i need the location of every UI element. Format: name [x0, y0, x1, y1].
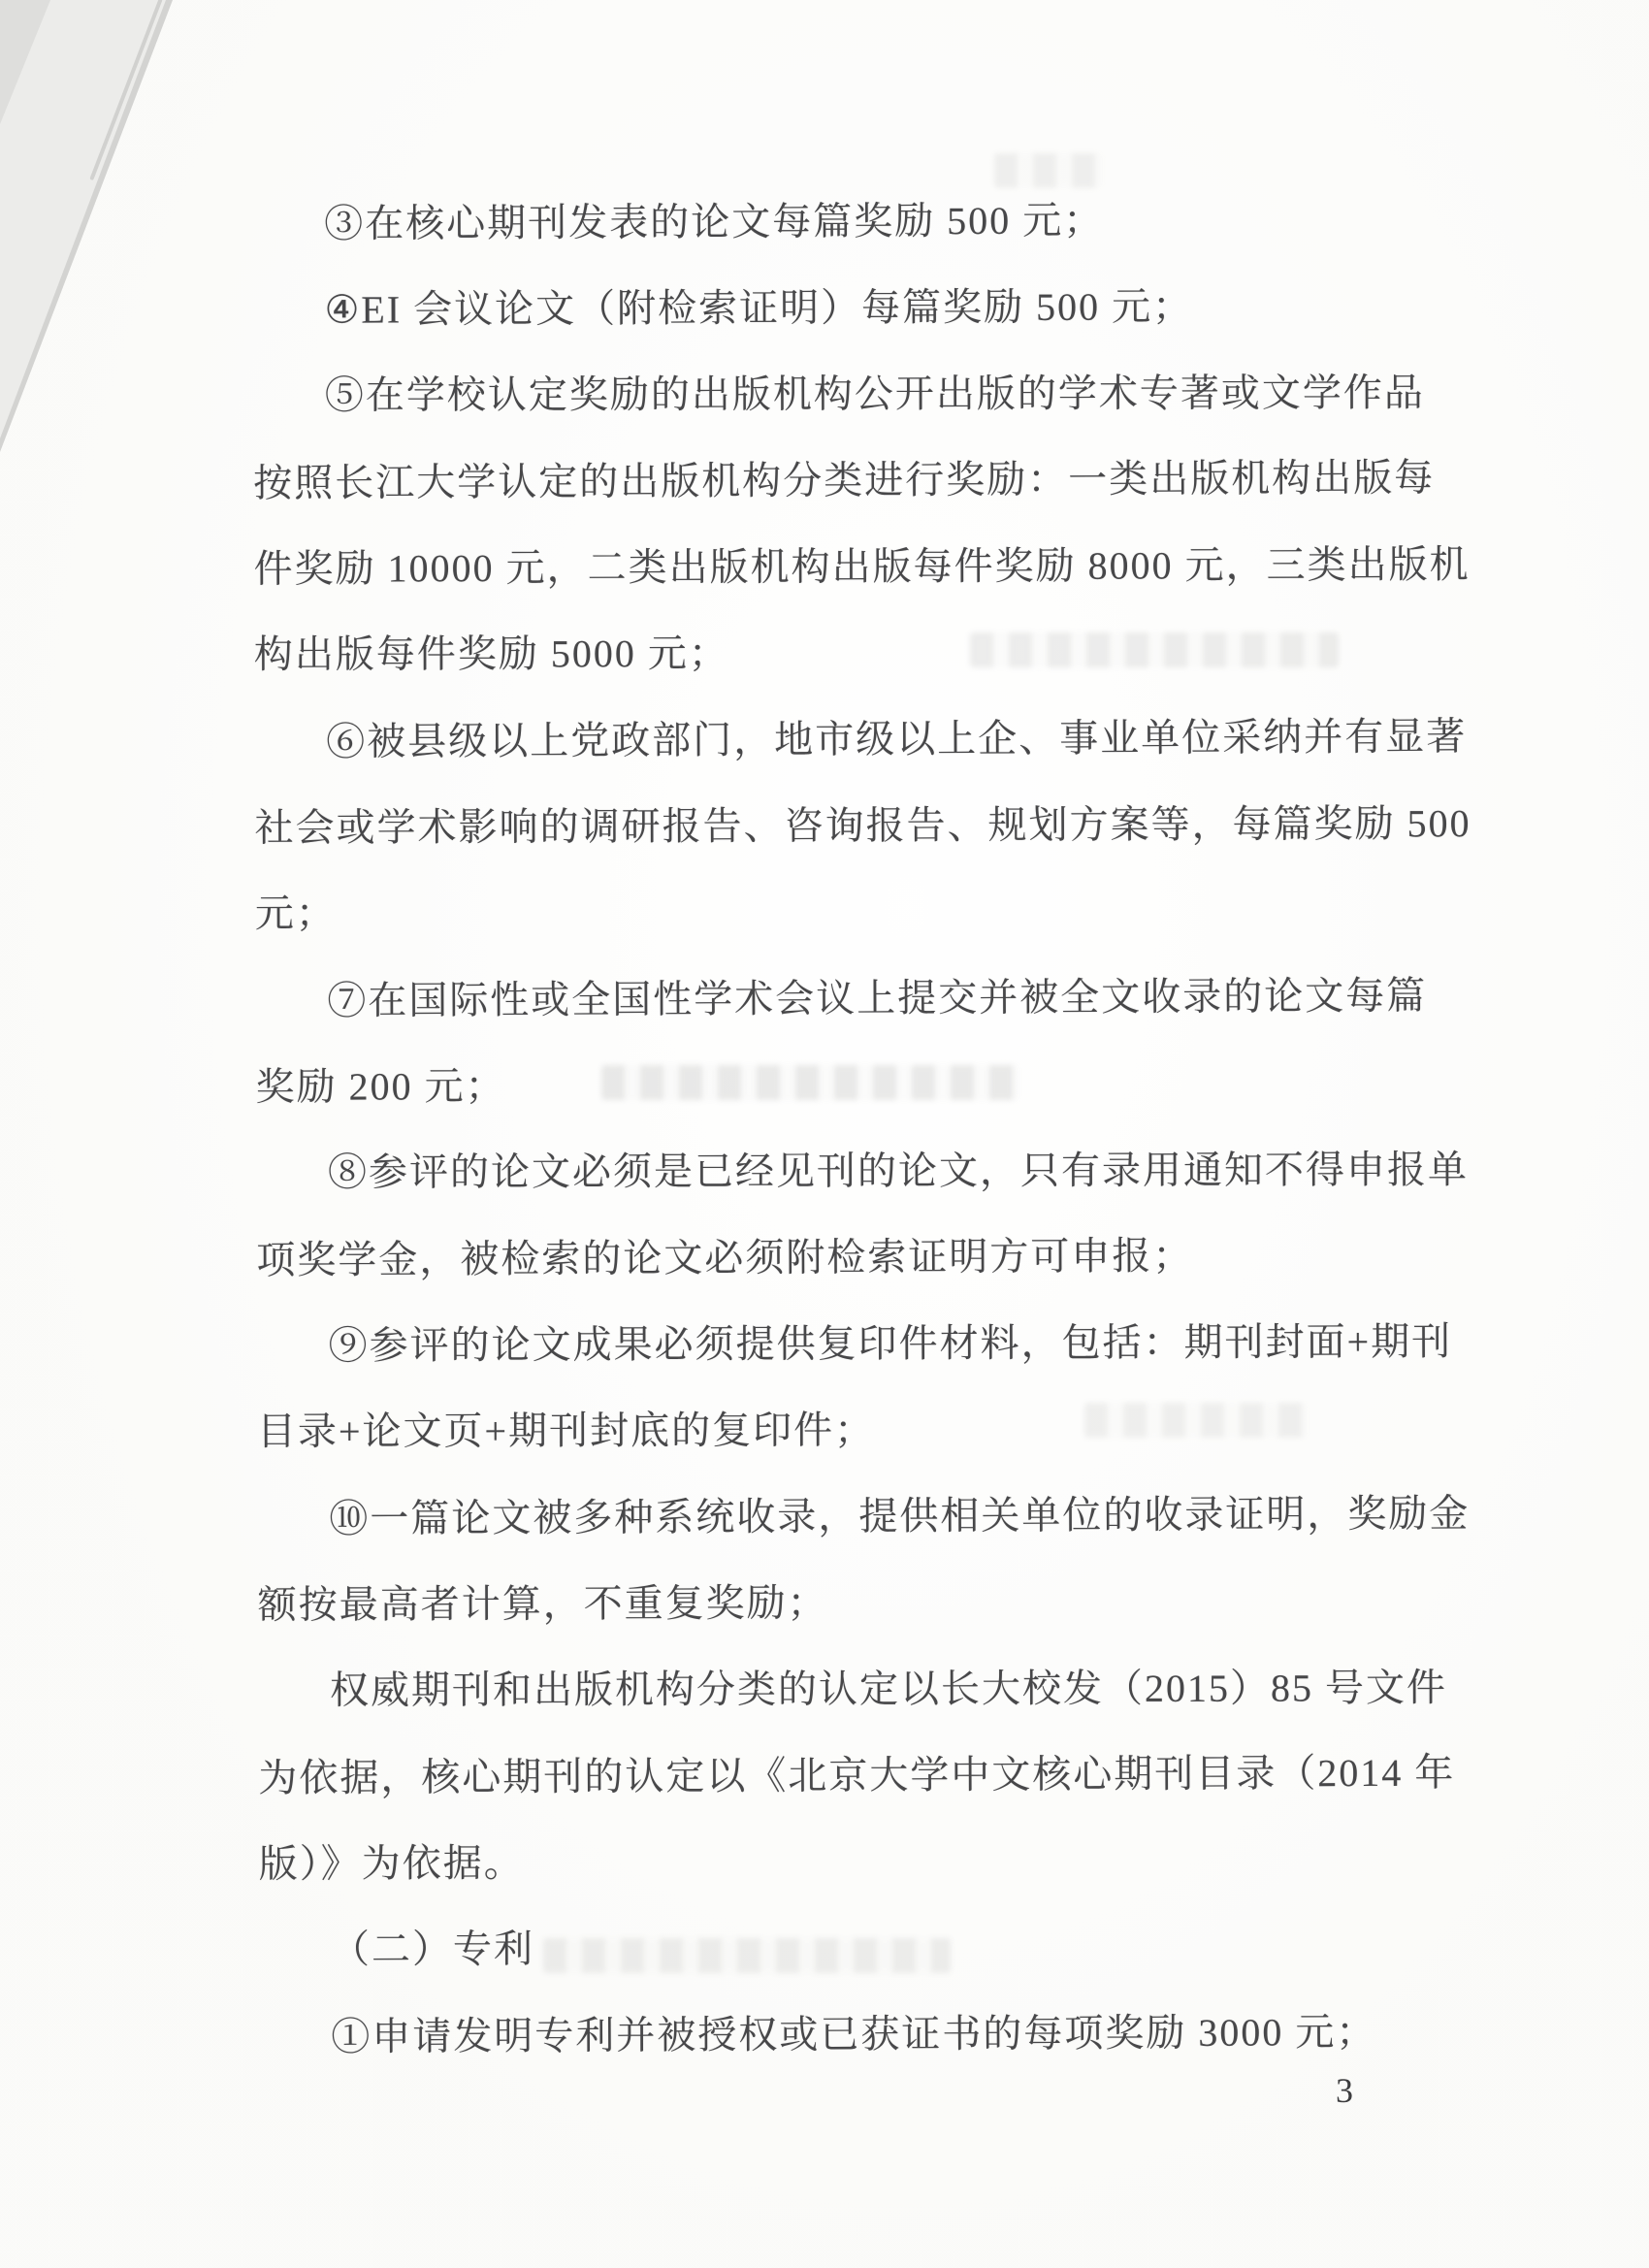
text-line: 元；	[255, 867, 1409, 956]
text-line: ⑥被县级以上党政部门，地市级以上企、事业单位采纳并有显著	[254, 694, 1408, 786]
page-number: 3	[1321, 2062, 1368, 2119]
document-body: ③在核心期刊发表的论文每篇奖励 500 元；④EI 会议论文（附检索证明）每篇奖…	[252, 176, 1414, 2080]
text-line: 权威期刊和出版机构分类的认定以长大校发（2015）85 号文件	[258, 1644, 1412, 1733]
text-line: ⑩一篇论文被多种系统收录，提供相关单位的收录证明，奖励金	[257, 1471, 1411, 1563]
text-line: 奖励 200 元；	[255, 1039, 1409, 1130]
text-line: 版）》为依据。	[258, 1816, 1412, 1907]
text-line: ⑧参评的论文必须是已经见刊的论文，只有录用通知不得申报单	[256, 1126, 1410, 1215]
text-line: ①申请发明专利并被授权或已获证书的每项奖励 3000 元；	[259, 1989, 1413, 2081]
document-page: ③在核心期刊发表的论文每篇奖励 500 元；④EI 会议论文（附检索证明）每篇奖…	[0, 0, 1649, 2268]
text-line: 按照长江大学认定的出版机构分类进行奖励：一类出版机构出版每	[253, 435, 1407, 527]
text-line: 额按最高者计算，不重复奖励；	[257, 1557, 1411, 1648]
text-line: 件奖励 10000 元，二类出版机构出版每件奖励 8000 元，三类出版机	[253, 521, 1407, 612]
text-line: ⑦在国际性或全国性学术会议上提交并被全文收录的论文每篇	[255, 953, 1409, 1045]
text-line: 为依据，核心期刊的认定以《北京大学中文核心期刊目录（2014 年	[258, 1730, 1412, 1822]
text-line: 目录+论文页+期刊封底的复印件；	[257, 1385, 1411, 1474]
text-line: 构出版每件奖励 5000 元；	[254, 608, 1408, 697]
text-line: 项奖学金，被检索的论文必须附检索证明方可申报；	[256, 1212, 1410, 1304]
text-line: ④EI 会议论文（附检索证明）每篇奖励 500 元；	[252, 262, 1406, 353]
text-line: （二）专利	[259, 1903, 1413, 1993]
text-line: ③在核心期刊发表的论文每篇奖励 500 元；	[252, 176, 1406, 268]
text-line: ⑤在学校认定奖励的出版机构公开出版的学术专著或文学作品	[253, 349, 1407, 438]
text-line: 社会或学术影响的调研报告、咨询报告、规划方案等，每篇奖励 500	[254, 780, 1408, 871]
text-line: ⑨参评的论文成果必须提供复印件材料，包括：期刊封面+期刊	[256, 1298, 1410, 1389]
